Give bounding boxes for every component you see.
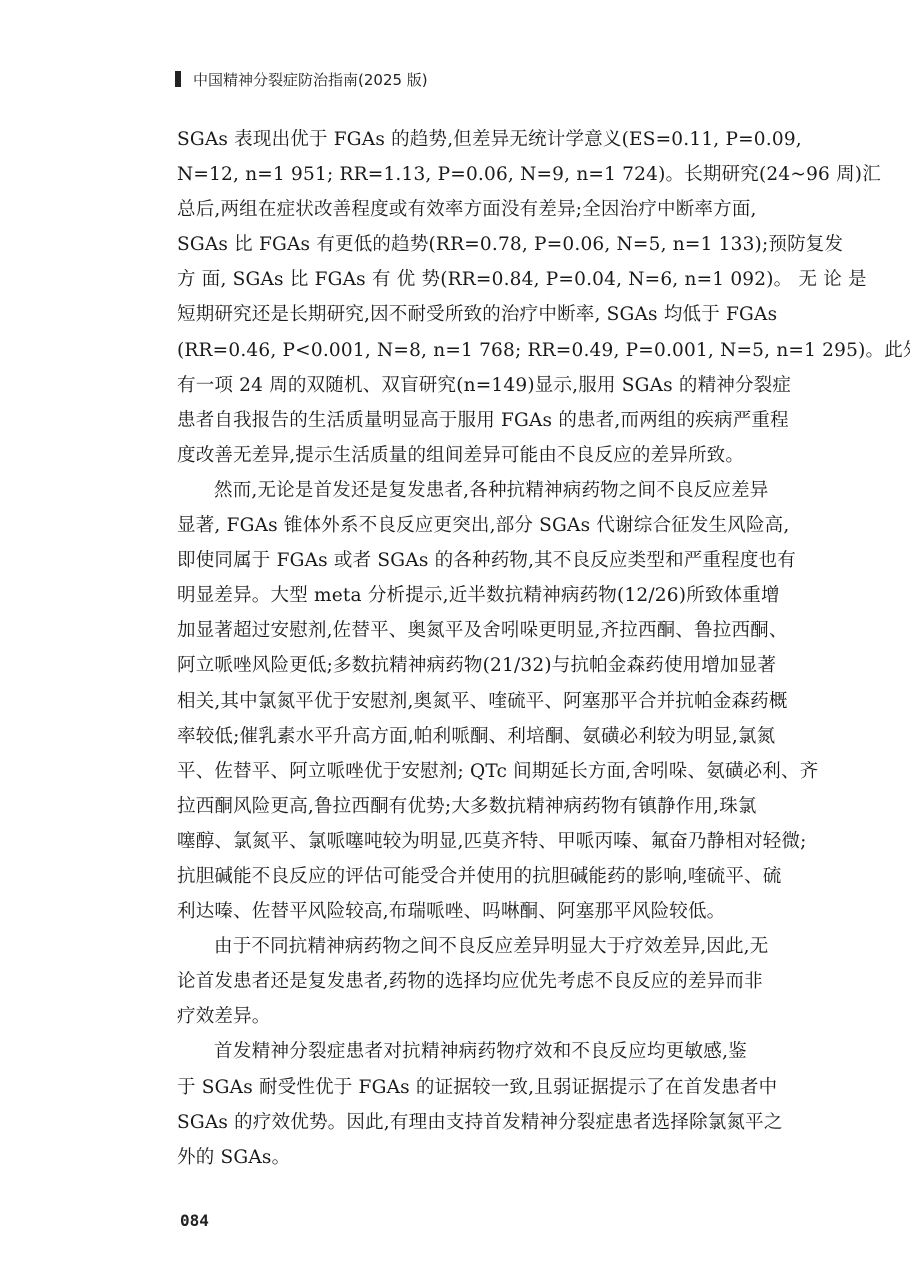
text-line: 显著, FGAs 锥体外系不良反应更突出,部分 SGAs 代谢综合征发生风险高,	[177, 508, 747, 543]
text-line: 然而,无论是首发还是复发患者,各种抗精神病药物之间不良反应差异	[177, 473, 747, 508]
text-line: 平、佐替平、阿立哌唑优于安慰剂; QTc 间期延长方面,舍吲哚、氨磺必利、齐	[177, 754, 747, 789]
text-line: 患者自我报告的生活质量明显高于服用 FGAs 的患者,而两组的疾病严重程	[177, 403, 747, 438]
text-line: N=12, n=1 951; RR=1.13, P=0.06, N=9, n=1…	[177, 157, 747, 192]
paragraph-2: 然而,无论是首发还是复发患者,各种抗精神病药物之间不良反应差异 显著, FGAs…	[177, 473, 747, 929]
text-line: SGAs 比 FGAs 有更低的趋势(RR=0.78, P=0.06, N=5,…	[177, 227, 747, 262]
header-title: 中国精神分裂症防治指南(2025 版)	[193, 69, 428, 90]
running-header: 中国精神分裂症防治指南(2025 版)	[175, 68, 428, 90]
paragraph-3: 由于不同抗精神病药物之间不良反应差异明显大于疗效差异,因此,无 论首发患者还是复…	[177, 929, 747, 1034]
text-line: 于 SGAs 耐受性优于 FGAs 的证据较一致,且弱证据提示了在首发患者中	[177, 1070, 747, 1105]
text-line: 阿立哌唑风险更低;多数抗精神病药物(21/32)与抗帕金森药使用增加显著	[177, 648, 747, 683]
paragraph-1: SGAs 表现出优于 FGAs 的趋势,但差异无统计学意义(ES=0.11, P…	[177, 122, 747, 473]
text-line: SGAs 的疗效优势。因此,有理由支持首发精神分裂症患者选择除氯氮平之	[177, 1105, 747, 1140]
text-line: 论首发患者还是复发患者,药物的选择均应优先考虑不良反应的差异而非	[177, 964, 747, 999]
body-text: SGAs 表现出优于 FGAs 的趋势,但差异无统计学意义(ES=0.11, P…	[177, 122, 747, 1175]
text-line: 相关,其中氯氮平优于安慰剂,奥氮平、喹硫平、阿塞那平合并抗帕金森药概	[177, 684, 747, 719]
text-line: 率较低;催乳素水平升高方面,帕利哌酮、利培酮、氨磺必利较为明显,氯氮	[177, 719, 747, 754]
paragraph-4: 首发精神分裂症患者对抗精神病药物疗效和不良反应均更敏感,鉴 于 SGAs 耐受性…	[177, 1034, 747, 1174]
text-line: 方 面, SGAs 比 FGAs 有 优 势(RR=0.84, P=0.04, …	[177, 262, 747, 297]
text-line: 明显差异。大型 meta 分析提示,近半数抗精神病药物(12/26)所致体重增	[177, 578, 747, 613]
text-line: SGAs 表现出优于 FGAs 的趋势,但差异无统计学意义(ES=0.11, P…	[177, 122, 747, 157]
text-line: 首发精神分裂症患者对抗精神病药物疗效和不良反应均更敏感,鉴	[177, 1034, 747, 1069]
page-number: 084	[180, 1211, 209, 1230]
text-line: 加显著超过安慰剂,佐替平、奥氮平及舍吲哚更明显,齐拉西酮、鲁拉西酮、	[177, 613, 747, 648]
text-line: 噻醇、氯氮平、氯哌噻吨较为明显,匹莫齐特、甲哌丙嗪、氟奋乃静相对轻微;	[177, 824, 747, 859]
text-line: 度改善无差异,提示生活质量的组间差异可能由不良反应的差异所致。	[177, 438, 747, 473]
text-line: 即使同属于 FGAs 或者 SGAs 的各种药物,其不良反应类型和严重程度也有	[177, 543, 747, 578]
text-line: 总后,两组在症状改善程度或有效率方面没有差异;全因治疗中断率方面,	[177, 192, 747, 227]
text-line: 由于不同抗精神病药物之间不良反应差异明显大于疗效差异,因此,无	[177, 929, 747, 964]
text-line: 短期研究还是长期研究,因不耐受所致的治疗中断率, SGAs 均低于 FGAs	[177, 297, 747, 332]
text-line: 外的 SGAs。	[177, 1140, 747, 1175]
text-line: 疗效差异。	[177, 999, 747, 1034]
text-line: 有一项 24 周的双随机、双盲研究(n=149)显示,服用 SGAs 的精神分裂…	[177, 368, 747, 403]
text-line: 拉西酮风险更高,鲁拉西酮有优势;大多数抗精神病药物有镇静作用,珠氯	[177, 789, 747, 824]
text-line: 抗胆碱能不良反应的评估可能受合并使用的抗胆碱能药的影响,喹硫平、硫	[177, 859, 747, 894]
text-line: 利达嗪、佐替平风险较高,布瑞哌唑、吗啉酮、阿塞那平风险较低。	[177, 894, 747, 929]
text-line: (RR=0.46, P<0.001, N=8, n=1 768; RR=0.49…	[177, 333, 747, 368]
header-bar-icon	[175, 71, 181, 87]
